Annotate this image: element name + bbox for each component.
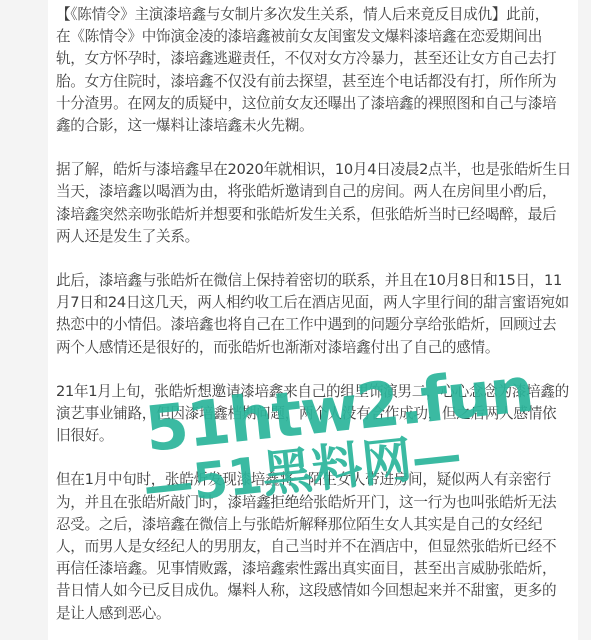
- text-line: 演艺事业铺路，但因漆培鑫档期问题，两个人没有合作成功，但之后两人感情依: [56, 403, 571, 425]
- text-line: 轨，女方怀孕时，漆培鑫逃避责任，不仅对女方冷暴力，甚至还让女方自己去打: [56, 48, 571, 70]
- text-line: 两个人感情还是很好的，而张皓炘也渐渐对漆培鑫付出了自己的感情。: [56, 337, 571, 359]
- text-line: 据了解，皓炘与漆培鑫早在2020年就相识，10月4日凌晨2点半，也是张皓炘生日: [56, 159, 571, 181]
- text-line: 在《陈情令》中饰演金凌的漆培鑫被前女友闺蜜发文爆料漆培鑫在恋爱期间出: [56, 26, 571, 48]
- text-line: 月7日和24日这几天，两人相约收工后在酒店见面，两人字里行间的甜言蜜语宛如: [56, 292, 571, 314]
- text-line: 但在1月中旬时，张皓炘发现漆培鑫将一陌生女人带进房间，疑似两人有亲密行: [56, 469, 571, 491]
- paragraph-2: 据了解，皓炘与漆培鑫早在2020年就相识，10月4日凌晨2点半，也是张皓炘生日 …: [56, 159, 571, 248]
- article-body: 【《陈情令》主演漆培鑫与女制片多次发生关系，情人后来竟反目成仇】此前， 在《陈情…: [56, 4, 571, 640]
- text-line: 漆培鑫突然亲吻张皓炘并想要和张皓炘发生关系，但张皓炘当时已经喝醉，最后: [56, 204, 571, 226]
- paragraph-1: 【《陈情令》主演漆培鑫与女制片多次发生关系，情人后来竟反目成仇】此前， 在《陈情…: [56, 4, 571, 137]
- text-line: 两人还是发生了关系。: [56, 226, 571, 248]
- text-line: 【《陈情令》主演漆培鑫与女制片多次发生关系，情人后来竟反目成仇】此前，: [56, 4, 571, 26]
- article-page: 【《陈情令》主演漆培鑫与女制片多次发生关系，情人后来竟反目成仇】此前， 在《陈情…: [48, 0, 578, 640]
- text-line: 热恋中的小情侣。漆培鑫也将自己在工作中遇到的问题分享给张皓炘，回顾过去: [56, 314, 571, 336]
- text-line: 此后，漆培鑫与张皓炘在微信上保持着密切的联系，并且在10月8日和15日，11: [56, 270, 571, 292]
- text-line: 胎。女方住院时，漆培鑫不仅没有前去探望，甚至连个电话都没有打，所作所为: [56, 71, 571, 93]
- paragraph-4: 21年1月上旬，张皓炘想邀请漆培鑫来自己的组里饰演男二，心心念念为漆培鑫的 演艺…: [56, 381, 571, 448]
- text-line: 再信任漆培鑫。见事情败露，漆培鑫索性露出真实面目，甚至出言威胁张皓炘，: [56, 558, 571, 580]
- paragraph-5: 但在1月中旬时，张皓炘发现漆培鑫将一陌生女人带进房间，疑似两人有亲密行 为，并且…: [56, 469, 571, 624]
- text-line: 旧很好。: [56, 425, 571, 447]
- paragraph-3: 此后，漆培鑫与张皓炘在微信上保持着密切的联系，并且在10月8日和15日，11 月…: [56, 270, 571, 359]
- text-line: 昔日情人如今已反目成仇。爆料人称，这段感情如今回想起来并不甜蜜，更多的: [56, 580, 571, 602]
- text-line: 十分渣男。在网友的质疑中，这位前女友还曝出了漆培鑫的裸照图和自己与漆培: [56, 93, 571, 115]
- text-line: 为，并且在张皓炘敲门时，漆培鑫拒绝给张皓炘开门，这一行为也叫张皓炘无法: [56, 492, 571, 514]
- text-line: 人，而男人是女经纪人的男朋友，自己当时并不在酒店中，但显然张皓炘已经不: [56, 536, 571, 558]
- text-line: 鑫的合影，这一爆料让漆培鑫未火先糊。: [56, 115, 571, 137]
- text-line: 是让人感到恶心。: [56, 603, 571, 625]
- text-line: 忍受。之后，漆培鑫在微信上与张皓炘解释那位陌生女人其实是自己的女经纪: [56, 514, 571, 536]
- text-line: 当天，漆培鑫以喝酒为由，将张皓炘邀请到自己的房间。两人在房间里小酌后，: [56, 181, 571, 203]
- text-line: 21年1月上旬，张皓炘想邀请漆培鑫来自己的组里饰演男二，心心念念为漆培鑫的: [56, 381, 571, 403]
